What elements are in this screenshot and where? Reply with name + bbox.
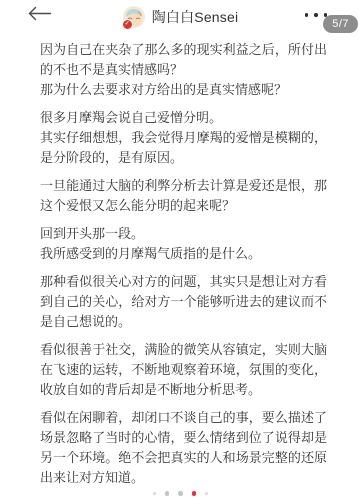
text-line: 很多月摩羯会说自己爱憎分明。 <box>40 108 327 128</box>
author-chip[interactable]: ✓ 陶白白Sensei <box>123 6 239 28</box>
page-counter-badge: 5/7 <box>323 15 358 33</box>
verified-badge-icon: ✓ <box>122 19 133 30</box>
text-line: 其实仔细想想，我会觉得月摩羯的爱憎是模糊的，是分阶段的，是有原因。 <box>40 128 327 168</box>
header: ✓ 陶白白Sensei <box>0 0 361 32</box>
carousel-dot <box>192 491 197 496</box>
carousel-dot <box>178 491 183 496</box>
more-dot-icon <box>314 13 318 17</box>
paragraph: 回到开头那一段。 我所感受到的月摩羯气质指的是什么。 <box>40 224 327 264</box>
text-line: 因为自己在夹杂了那么多的现实利益之后，所付出的不也不是真实情感吗？ <box>40 40 327 80</box>
author-avatar: ✓ <box>123 6 145 28</box>
paragraph: 看似很善于社交，满脸的微笑从容镇定，实则大脑在飞速的运转，不断地观察着环境，氛围… <box>40 340 327 400</box>
carousel-dot <box>165 491 170 496</box>
paragraph: 很多月摩羯会说自己爱憎分明。 其实仔细想想，我会觉得月摩羯的爱憎是模糊的，是分阶… <box>40 108 327 168</box>
carousel-dot <box>153 492 156 495</box>
post-detail-screen: ✓ 陶白白Sensei 5/7 因为自己在夹杂了那么多的现实利益之后，所付出的不… <box>0 0 361 500</box>
back-button[interactable] <box>26 8 52 24</box>
text-line: 看似很善于社交，满脸的微笑从容镇定，实则大脑在飞速的运转，不断地观察着环境，氛围… <box>40 340 327 400</box>
carousel-dots <box>0 491 361 496</box>
text-line: 一旦能通过大脑的利弊分析去计算是爱还是恨，那这个爱恨又怎么能分明的起来呢？ <box>40 176 327 216</box>
author-name: 陶白白Sensei <box>152 7 239 27</box>
text-line: 看似在闲聊着，却闭口不谈自己的事，要么描述了场景忽略了当时的心情，要么情绪到位了… <box>40 408 327 488</box>
text-line: 那为什么去要求对方给出的是真实情感呢？ <box>40 80 327 100</box>
carousel-dot <box>205 492 208 495</box>
text-line: 回到开头那一段。 <box>40 224 327 244</box>
paragraph: 因为自己在夹杂了那么多的现实利益之后，所付出的不也不是真实情感吗？ 那为什么去要… <box>40 40 327 100</box>
text-line: 我所感受到的月摩羯气质指的是什么。 <box>40 244 327 264</box>
paragraph: 一旦能通过大脑的利弊分析去计算是爱还是恨，那这个爱恨又怎么能分明的起来呢？ <box>40 176 327 216</box>
paragraph: 那种看似很关心对方的问题，其实只是想让对方看到自己的关心，给对方一个能够听进去的… <box>40 272 327 332</box>
back-arrow-icon <box>27 6 52 26</box>
paragraph: 看似在闲聊着，却闭口不谈自己的事，要么描述了场景忽略了当时的心情，要么情绪到位了… <box>40 408 327 488</box>
more-dot-icon <box>305 13 309 17</box>
text-line: 那种看似很关心对方的问题，其实只是想让对方看到自己的关心，给对方一个能够听进去的… <box>40 272 327 332</box>
post-body-text: 因为自己在夹杂了那么多的现实利益之后，所付出的不也不是真实情感吗？ 那为什么去要… <box>40 32 327 496</box>
